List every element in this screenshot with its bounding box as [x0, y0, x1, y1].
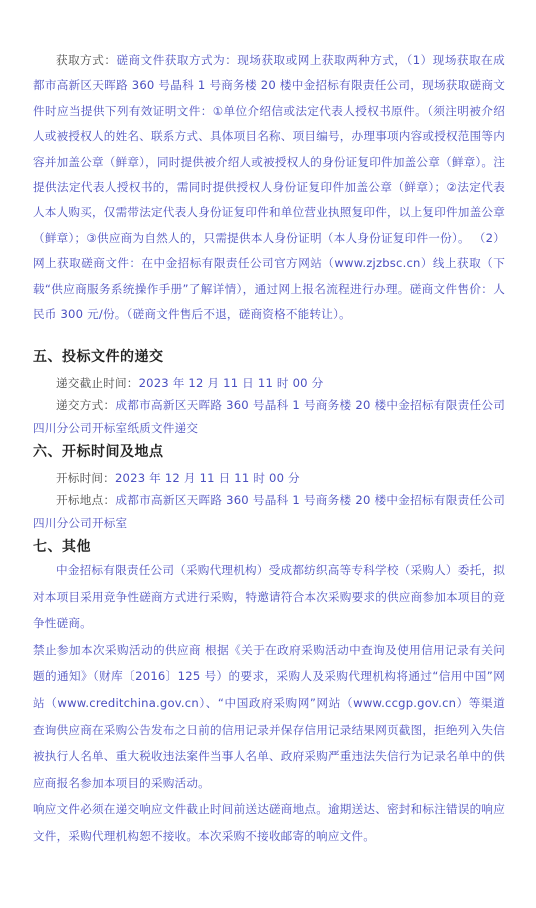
section6-time: 开标时间：2023 年 12 月 11 日 11 时 00 分	[33, 467, 505, 490]
acquire-label: 获取方式：	[56, 53, 116, 67]
time-label: 开标时间：	[56, 471, 115, 485]
place-label: 开标地点：	[56, 493, 115, 507]
acquire-text: 磋商文件获取方式为：现场获取或网上获取两种方式，（1）现场获取在成都市高新区天晖…	[33, 53, 505, 321]
section5-deadline: 递交截止时间：2023 年 12 月 11 日 11 时 00 分	[33, 372, 505, 395]
section7-body: 中金招标有限责任公司（采购代理机构）受成都纺织高等专科学校（采购人）委托，拟对本…	[33, 557, 505, 850]
section5-method: 递交方式：成都市高新区天晖路 360 号晶科 1 号商务楼 20 楼中金招标有限…	[33, 394, 505, 439]
acquire-paragraph: 获取方式：磋商文件获取方式为：现场获取或网上获取两种方式，（1）现场获取在成都市…	[33, 48, 505, 327]
method-label: 递交方式：	[56, 398, 115, 412]
section5-heading: 五、投标文件的递交	[33, 346, 164, 366]
section7-para2: 禁止参加本次采购活动的供应商 根据《关于在政府采购活动中查询及使用信用记录有关问…	[33, 637, 505, 797]
deadline-value: 2023 年 12 月 11 日 11 时 00 分	[139, 376, 324, 390]
section6-heading: 六、开标时间及地点	[33, 441, 164, 461]
section7-para1: 中金招标有限责任公司（采购代理机构）受成都纺织高等专科学校（采购人）委托，拟对本…	[33, 557, 505, 637]
section6-place: 开标地点：成都市高新区天晖路 360 号晶科 1 号商务楼 20 楼中金招标有限…	[33, 489, 505, 534]
section7-heading: 七、其他	[33, 536, 91, 556]
deadline-label: 递交截止时间：	[56, 376, 139, 390]
time-value: 2023 年 12 月 11 日 11 时 00 分	[115, 471, 300, 485]
section7-para3: 响应文件必须在递交响应文件截止时间前送达磋商地点。逾期送达、密封和标注错误的响应…	[33, 796, 505, 849]
document-page: 获取方式：磋商文件获取方式为：现场获取或网上获取两种方式，（1）现场获取在成都市…	[0, 0, 536, 908]
